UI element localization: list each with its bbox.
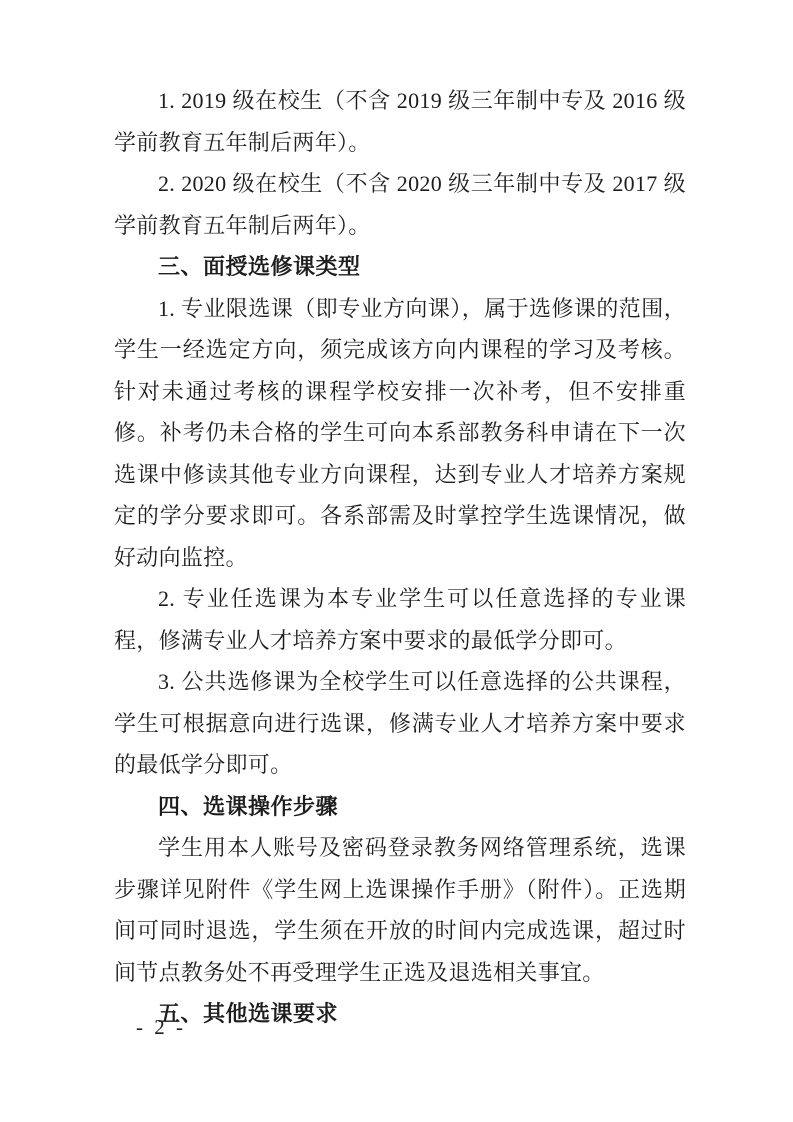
paragraph-eligible-students-2020: 2. 2020 级在校生（不含 2020 级三年制中专及 2017 级学前教育五…	[114, 163, 686, 246]
paragraph-major-limited-elective: 1. 专业限选课（即专业方向课），属于选修课的范围，学生一经选定方向，须完成该方…	[114, 288, 686, 579]
paragraph-major-optional-elective: 2. 专业任选课为本专业学生可以任意选择的专业课程，修满专业人才培养方案中要求的…	[114, 578, 686, 661]
document-page: 1. 2019 级在校生（不含 2019 级三年制中专及 2016 级学前教育五…	[0, 0, 793, 1122]
document-body: 1. 2019 级在校生（不含 2019 级三年制中专及 2016 级学前教育五…	[114, 80, 686, 1035]
page-number: - 2 -	[136, 1014, 186, 1040]
paragraph-public-elective: 3. 公共选修课为全校学生可以任意选择的公共课程，学生可根据意向进行选课，修满专…	[114, 661, 686, 786]
section-heading-other-requirements: 五、其他选课要求	[114, 993, 686, 1035]
paragraph-eligible-students-2019: 1. 2019 级在校生（不含 2019 级三年制中专及 2016 级学前教育五…	[114, 80, 686, 163]
paragraph-selection-procedure: 学生用本人账号及密码登录教务网络管理系统，选课步骤详见附件《学生网上选课操作手册…	[114, 827, 686, 993]
section-heading-elective-course-types: 三、面授选修课类型	[114, 246, 686, 288]
section-heading-selection-steps: 四、选课操作步骤	[114, 786, 686, 828]
